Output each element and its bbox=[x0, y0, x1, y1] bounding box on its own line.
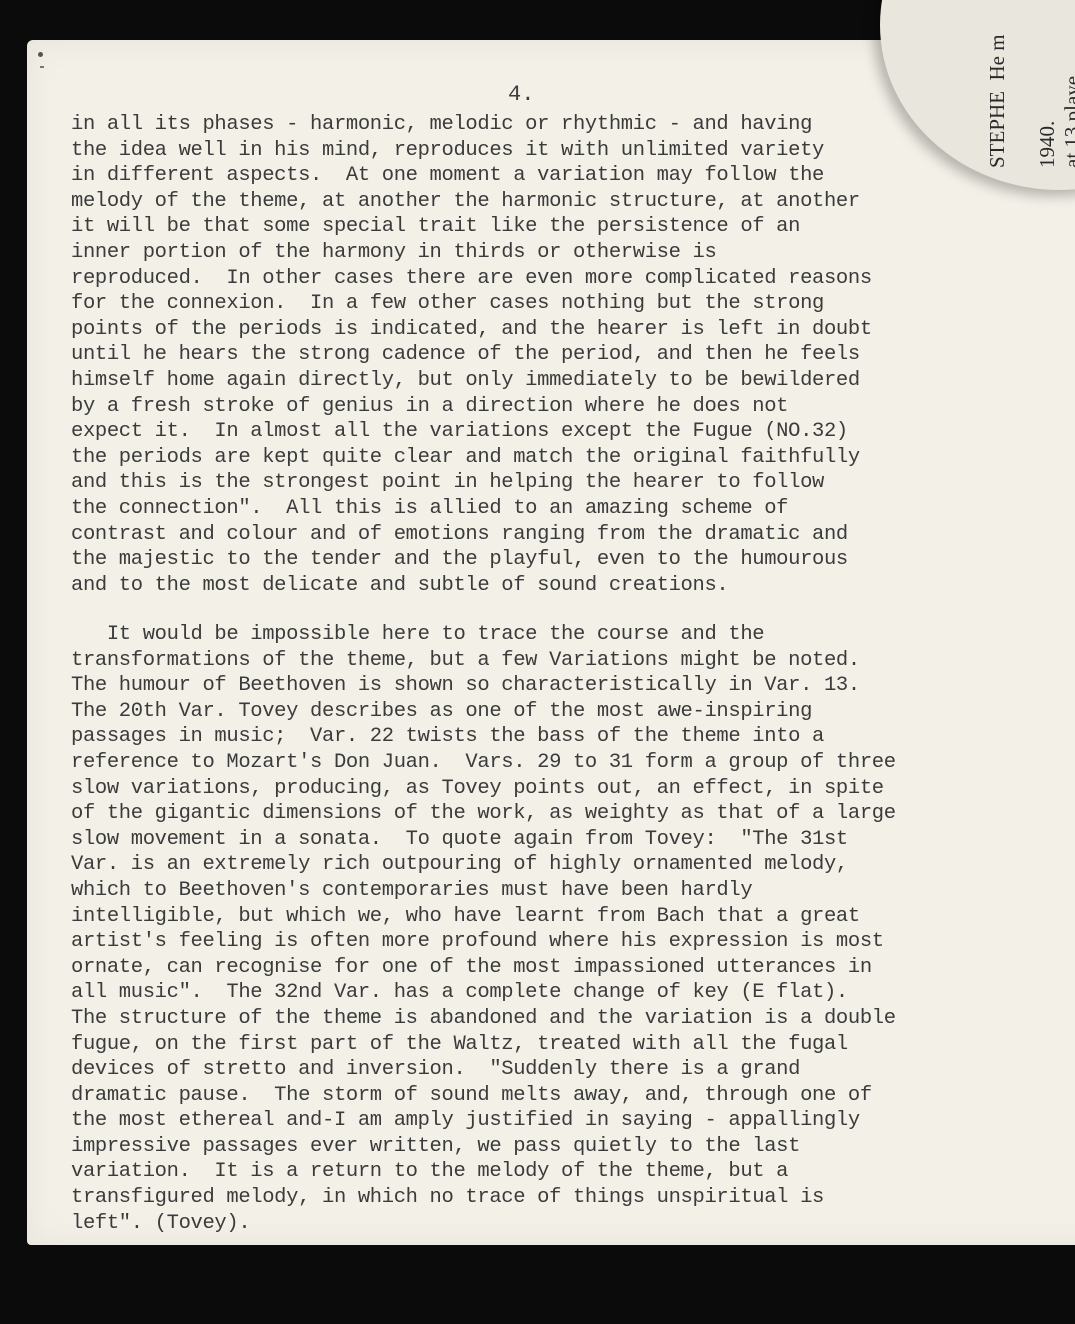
text-line: in different aspects. At one moment a va… bbox=[71, 163, 1071, 189]
text-line: dramatic pause. The storm of sound melts… bbox=[71, 1083, 1071, 1109]
text-line: inner portion of the harmony in thirds o… bbox=[71, 240, 1071, 266]
text-line: ornate, can recognise for one of the mos… bbox=[71, 955, 1071, 981]
text-line: transfigured melody, in which no trace o… bbox=[71, 1185, 1071, 1211]
text-line: impressive passages ever written, we pas… bbox=[71, 1134, 1071, 1160]
text-line: the majestic to the tender and the playf… bbox=[71, 547, 1071, 573]
text-line: The humour of Beethoven is shown so char… bbox=[71, 673, 1071, 699]
text-line: The 20th Var. Tovey describes as one of … bbox=[71, 699, 1071, 725]
text-line: points of the periods is indicated, and … bbox=[71, 317, 1071, 343]
text-line: melody of the theme, at another the harm… bbox=[71, 189, 1071, 215]
text-line: slow variations, producing, as Tovey poi… bbox=[71, 776, 1071, 802]
text-line: variation. It is a return to the melody … bbox=[71, 1159, 1071, 1185]
paper-speck bbox=[40, 66, 44, 68]
text-line: of the gigantic dimensions of the work, … bbox=[71, 801, 1071, 827]
text-line: the connection". All this is allied to a… bbox=[71, 496, 1071, 522]
text-line: Var. is an extremely rich outpouring of … bbox=[71, 852, 1071, 878]
text-line: which to Beethoven's contemporaries must… bbox=[71, 878, 1071, 904]
text-line: artist's feeling is often more profound … bbox=[71, 929, 1071, 955]
paragraph-1: in all its phases - harmonic, melodic or… bbox=[71, 112, 1071, 598]
text-line: intelligible, but which we, who have lea… bbox=[71, 904, 1071, 930]
text-line: devices of stretto and inversion. "Sudde… bbox=[71, 1057, 1071, 1083]
text-line: The structure of the theme is abandoned … bbox=[71, 1006, 1071, 1032]
text-line: the idea well in his mind, reproduces it… bbox=[71, 138, 1071, 164]
text-line: until he hears the strong cadence of the… bbox=[71, 342, 1071, 368]
text-line: passages in music; Var. 22 twists the ba… bbox=[71, 724, 1071, 750]
text-line: contrast and colour and of emotions rang… bbox=[71, 522, 1071, 548]
text-line: it will be that some special trait like … bbox=[71, 214, 1071, 240]
text-line: all music". The 32nd Var. has a complete… bbox=[71, 980, 1071, 1006]
text-line: expect it. In almost all the variations … bbox=[71, 419, 1071, 445]
text-line: It would be impossible here to trace the… bbox=[71, 622, 1071, 648]
overlapping-card-text: STEPHE He m 1940. at 13 playe with the S… bbox=[985, 34, 1075, 168]
text-line: and to the most delicate and subtle of s… bbox=[71, 573, 1071, 599]
text-line: transformations of the theme, but a few … bbox=[71, 648, 1071, 674]
text-line: himself home again directly, but only im… bbox=[71, 368, 1071, 394]
text-line: by a fresh stroke of genius in a directi… bbox=[71, 394, 1071, 420]
text-line: reproduced. In other cases there are eve… bbox=[71, 266, 1071, 292]
text-line: and this is the strongest point in helpi… bbox=[71, 470, 1071, 496]
text-line: fugue, on the first part of the Waltz, t… bbox=[71, 1032, 1071, 1058]
text-line: reference to Mozart's Don Juan. Vars. 29… bbox=[71, 750, 1071, 776]
text-line: left". (Tovey). bbox=[71, 1211, 1071, 1237]
text-line: for the connexion. In a few other cases … bbox=[71, 291, 1071, 317]
text-line: the periods are kept quite clear and mat… bbox=[71, 445, 1071, 471]
paper-speck bbox=[38, 52, 43, 57]
paragraph-2: It would be impossible here to trace the… bbox=[71, 622, 1071, 1236]
text-line: the most ethereal and-I am amply justifi… bbox=[71, 1108, 1071, 1134]
page-number: 4. bbox=[508, 82, 534, 107]
text-line: slow movement in a sonata. To quote agai… bbox=[71, 827, 1071, 853]
